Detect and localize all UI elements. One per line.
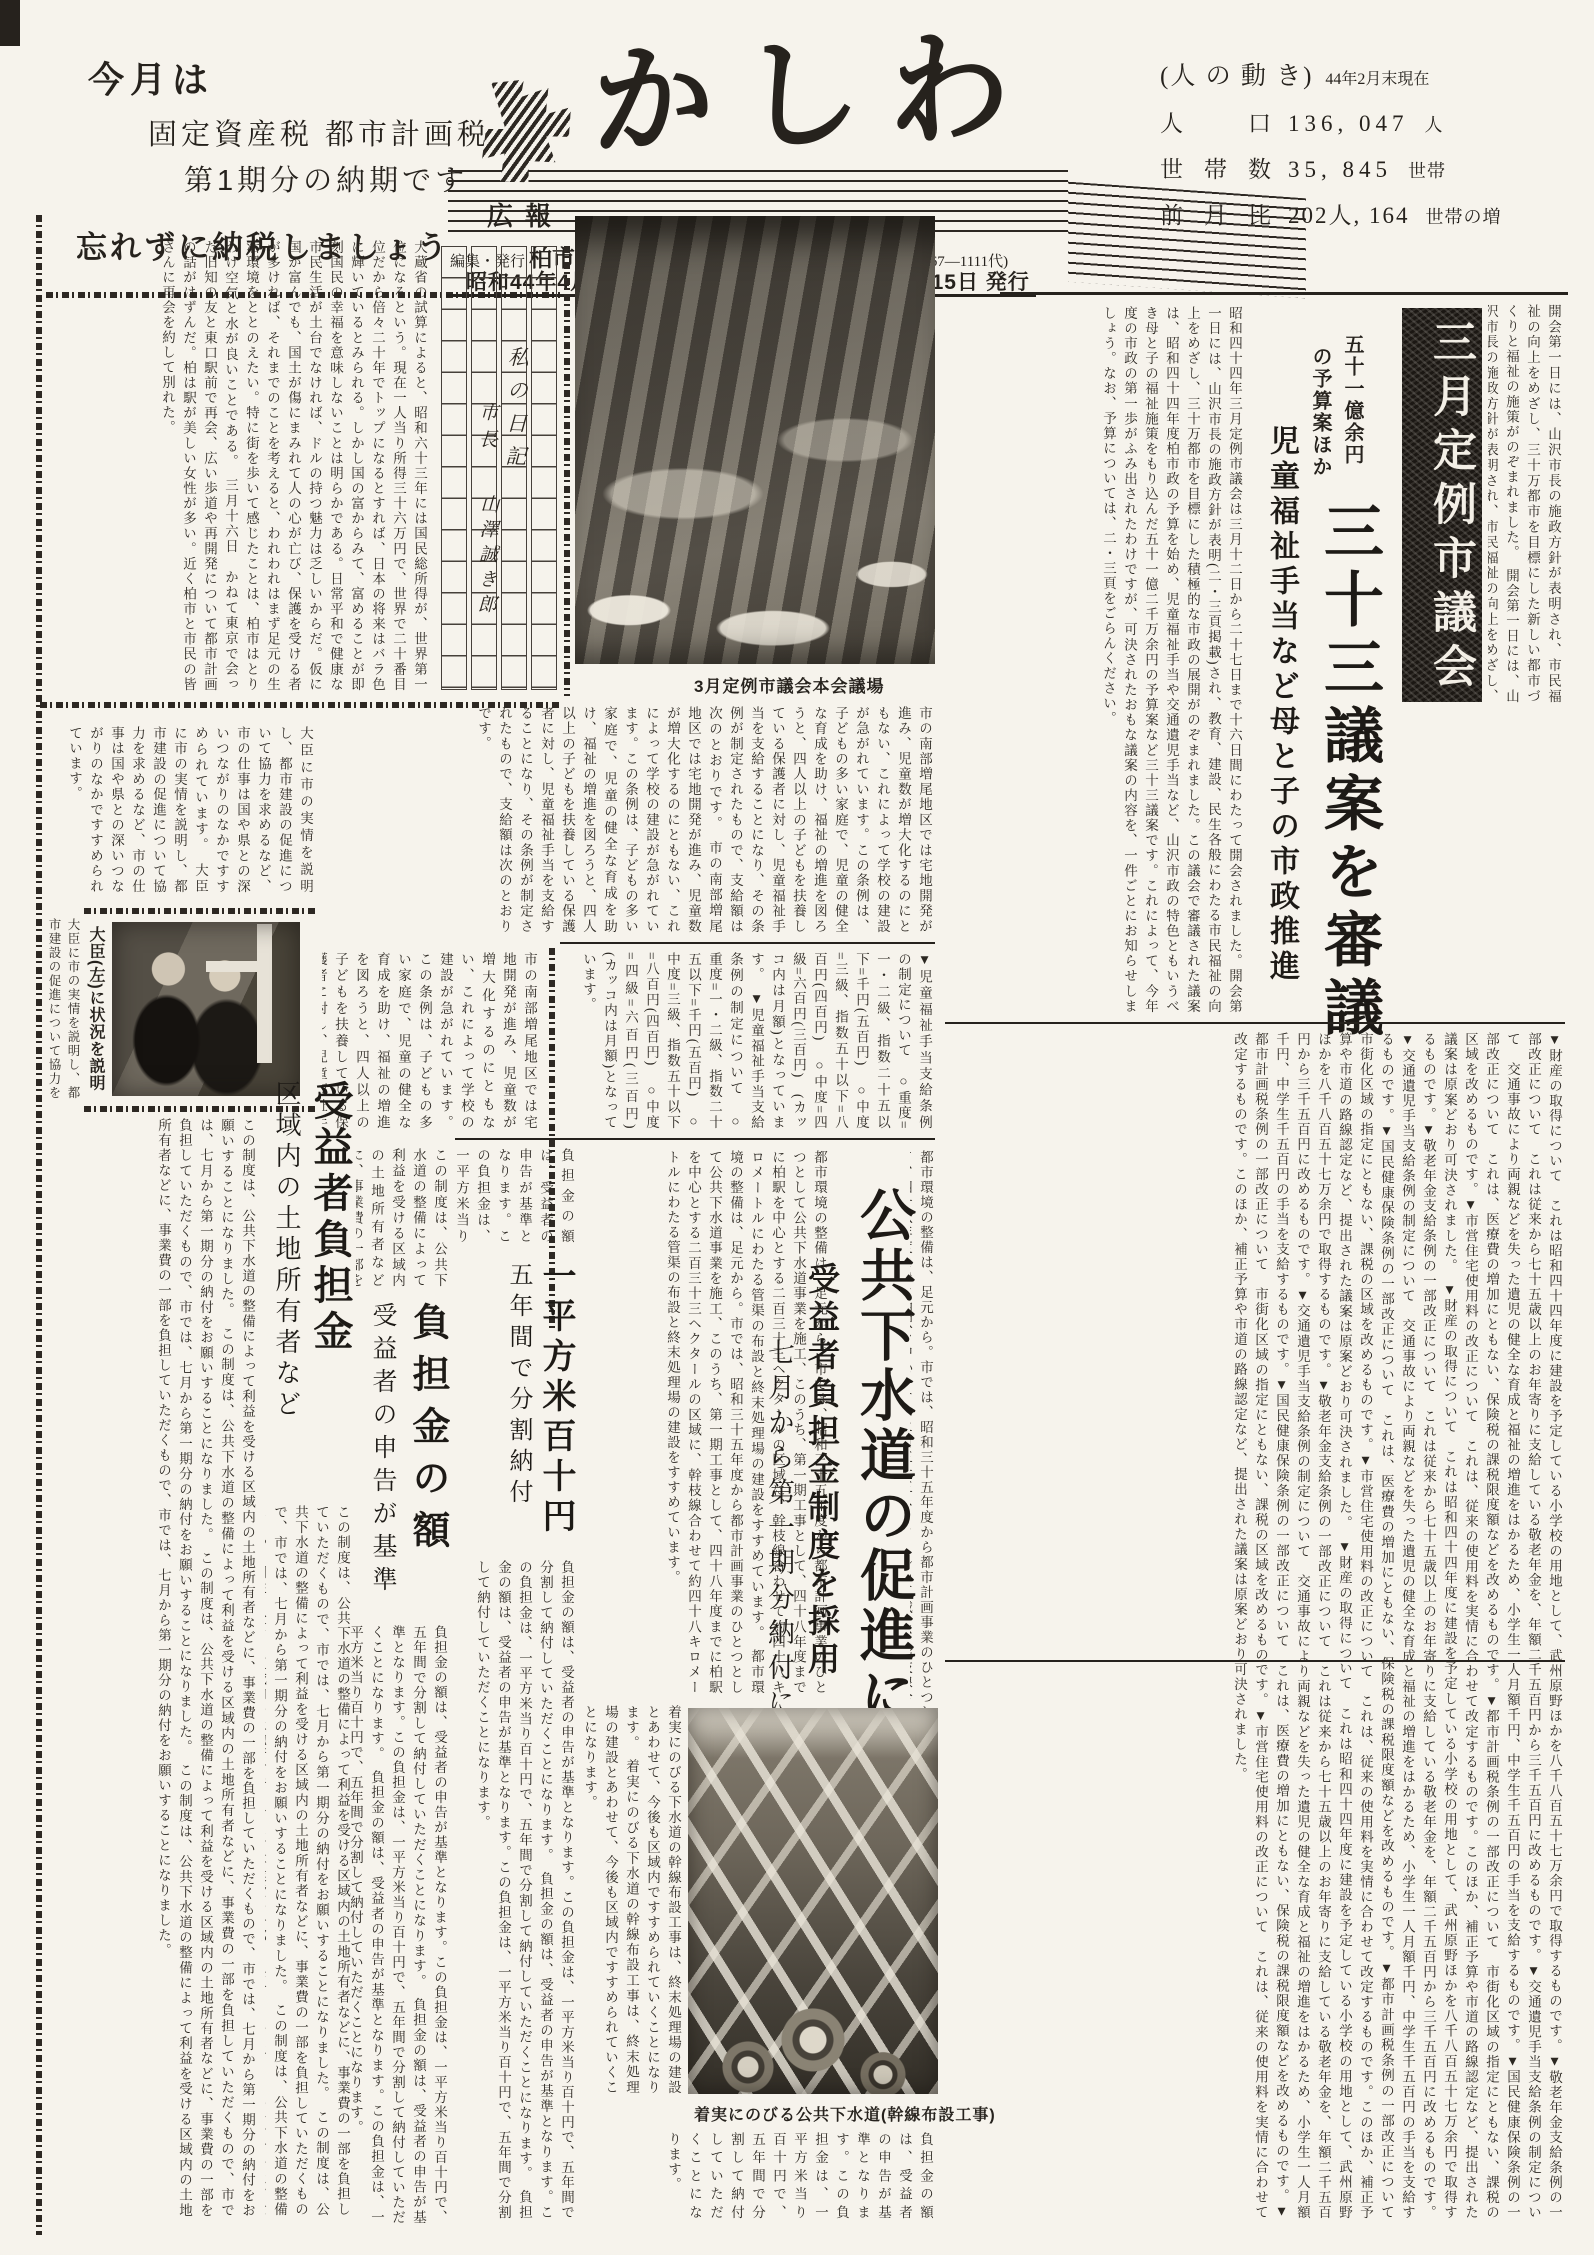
stat-value: 136, 047 bbox=[1288, 111, 1409, 137]
stats-row-monthly-change: 前月比 202人, 164 世帯の増 bbox=[1160, 197, 1580, 230]
sewer-body-below-caption: 負担金の額は、受益者の申告が基準となります。この負担金は、一平方米当り百十円で、… bbox=[602, 2132, 936, 2220]
mid-rule-1 bbox=[560, 942, 935, 944]
sewer-photo-caption: 着実にのびる公共下水道(幹線布設工事) bbox=[694, 2102, 996, 2125]
council-lead-rule bbox=[945, 1022, 1565, 1024]
minister-photo-caption: 大臣(左)に状況を説明 bbox=[84, 926, 107, 1092]
mid-rule-2 bbox=[455, 1138, 935, 1140]
council-photo-caption: 3月定例市議会本会議場 bbox=[694, 672, 884, 697]
minister-note-upper: 大臣に市の実情を説明し、都市建設の促進について協力を求めるなど、市の仕事は国や県… bbox=[48, 726, 316, 894]
council-lead: 昭和四十四年三月定例市議会は三月十二日から二十七日まで十六日間にわたって開会され… bbox=[945, 306, 1245, 1014]
stat-value: 35, 845 bbox=[1288, 157, 1392, 183]
minister-photo-top-ornament bbox=[84, 908, 316, 914]
levy-rate-subhead: 五年間で分割納付 bbox=[501, 1262, 536, 1510]
tax-notice-line1: 今月は bbox=[88, 52, 214, 103]
levy-amount-body: 負担金の額は、受益者の申告が基準となります。この負担金は、一平方米当り百十円で、… bbox=[324, 1625, 450, 2225]
diary-manuscript-grid: 私の日記 市長 山澤誠き郎 bbox=[437, 246, 559, 690]
council-kicker-line1: 五十一億余円 bbox=[1338, 334, 1367, 466]
council-body-list: ▼児童福祉手当支給条例の制定について ○重度=一・二級、指数二十五以下=千円(五… bbox=[560, 952, 935, 1130]
left-edge-ornament-border bbox=[36, 215, 42, 2235]
council-section-rule bbox=[945, 1660, 1565, 1662]
levy-rate-body-below: 負担金の額は、受益者の申告が基準となります。この負担金は、一平方米当り百十円で、… bbox=[457, 1560, 577, 2220]
levy-rate-headline: 一平方米百十円 bbox=[532, 1258, 581, 1538]
council-body-mid: 市の南部増尾地区では宅地開発が進み、児童数が増大化するのにともない、これによって… bbox=[322, 706, 935, 934]
diary-author-name: 山澤誠き郎 bbox=[471, 494, 501, 620]
minister-photo bbox=[112, 922, 300, 1096]
levy-body-left: この制度は、公共下水道の整備によって利益を受ける区域内の土地所有者などに、事業費… bbox=[46, 1118, 258, 2218]
tax-notice-line2: 固定資産税 都市計画税 bbox=[148, 112, 490, 153]
stats-row-households: 世帯数 35, 845 世帯 bbox=[1160, 151, 1580, 184]
sewer-body-left-of-photo: 着実にのびる下水道の幹線布設工事は、終末処理場の建設とあわせて、今後も区域内です… bbox=[586, 1705, 684, 2095]
masthead-right-rule bbox=[1000, 292, 1568, 295]
council-subhead: 児童福祉手当など母と子の市政推進 bbox=[1259, 425, 1303, 985]
council-chamber-photo bbox=[575, 216, 935, 664]
tax-notice-line3: 第1期分の納期です bbox=[184, 158, 468, 199]
beneficiary-levy-headline: 受益者負担金 bbox=[302, 1080, 359, 1356]
diary-essay-text: 大蔵省の試算によると、昭和六十三年には国民総所得が、世界第一位になるという。現在… bbox=[48, 240, 430, 692]
council-banner: 三月定例市議会 bbox=[1402, 308, 1482, 702]
council-body-right: 開会第一日には、山沢市長の施政方針が表明され、市民福祉の向上をめざし、三十万都市… bbox=[1488, 304, 1564, 704]
levy-amount-headline: 負担金の額 bbox=[400, 1302, 455, 1562]
manuscript-strip bbox=[471, 246, 497, 690]
newspaper-title: かしわ bbox=[592, 28, 1036, 166]
council-body-sections: ▼財産の取得について これは昭和四十四年度に建設を予定している小学校の用地として… bbox=[945, 1032, 1565, 2220]
stat-label: 前月比 bbox=[1160, 197, 1272, 230]
population-stats: (人 の 動 き) 44年2月末現在 人口 136, 047 人 世帯数 35,… bbox=[1160, 56, 1580, 230]
corner-mark bbox=[0, 0, 20, 46]
minister-note-side: 大臣に市の実情を説明し、都市建設の促進について協力を求めるなど、市の仕事は国や県… bbox=[46, 918, 82, 1100]
diary-photo-divider-ornament bbox=[564, 246, 570, 696]
levy-body-above: この制度は、公共下水道の整備によって利益を受ける区域内の土地所有者などに、事業費… bbox=[356, 1148, 450, 1288]
council-headline: 三十三議案を審議 bbox=[1306, 500, 1392, 1044]
stat-label: 人口 bbox=[1160, 105, 1272, 138]
levy-amount-subhead: 受益者の申告が基準 bbox=[364, 1302, 400, 1599]
stats-title: (人 の 動 き) bbox=[1160, 56, 1313, 92]
stats-asof: 44年2月末現在 bbox=[1325, 66, 1429, 89]
stats-row-population: 人口 136, 047 人 bbox=[1160, 105, 1580, 138]
sewer-lead: 都市環境の整備は、足元から。市では、昭和三十五年度から都市計画事業のひとつとして… bbox=[600, 1150, 830, 1695]
logo-kouhou-label: 広報 bbox=[487, 196, 563, 233]
manuscript-strip bbox=[441, 246, 467, 690]
diary-title: 私の日記 bbox=[499, 346, 532, 479]
stat-unit: 人 bbox=[1425, 111, 1444, 137]
stat-label: 世帯数 bbox=[1160, 151, 1272, 184]
stat-unit: 世帯の増 bbox=[1426, 203, 1502, 229]
stat-unit: 世帯 bbox=[1408, 157, 1446, 183]
council-kicker-line2: の予算案ほか bbox=[1306, 346, 1335, 478]
diary-author-role: 市長 bbox=[472, 402, 500, 457]
sewer-construction-photo bbox=[688, 1708, 938, 2094]
beneficiary-levy-subhead: 区域内の土地所有者など bbox=[268, 1080, 305, 1421]
newspaper-page: 今月は 固定資産税 都市計画税 第1期分の納期です 忘れずに納税しましょう 広報… bbox=[0, 0, 1594, 2255]
manuscript-strip bbox=[531, 246, 557, 690]
stat-value: 202人, 164 bbox=[1288, 197, 1410, 230]
levy-rate-body-above: 負担金の額は、受益者の申告が基準となります。この負担金は、一平方米当り百十円で、… bbox=[457, 1148, 577, 1244]
